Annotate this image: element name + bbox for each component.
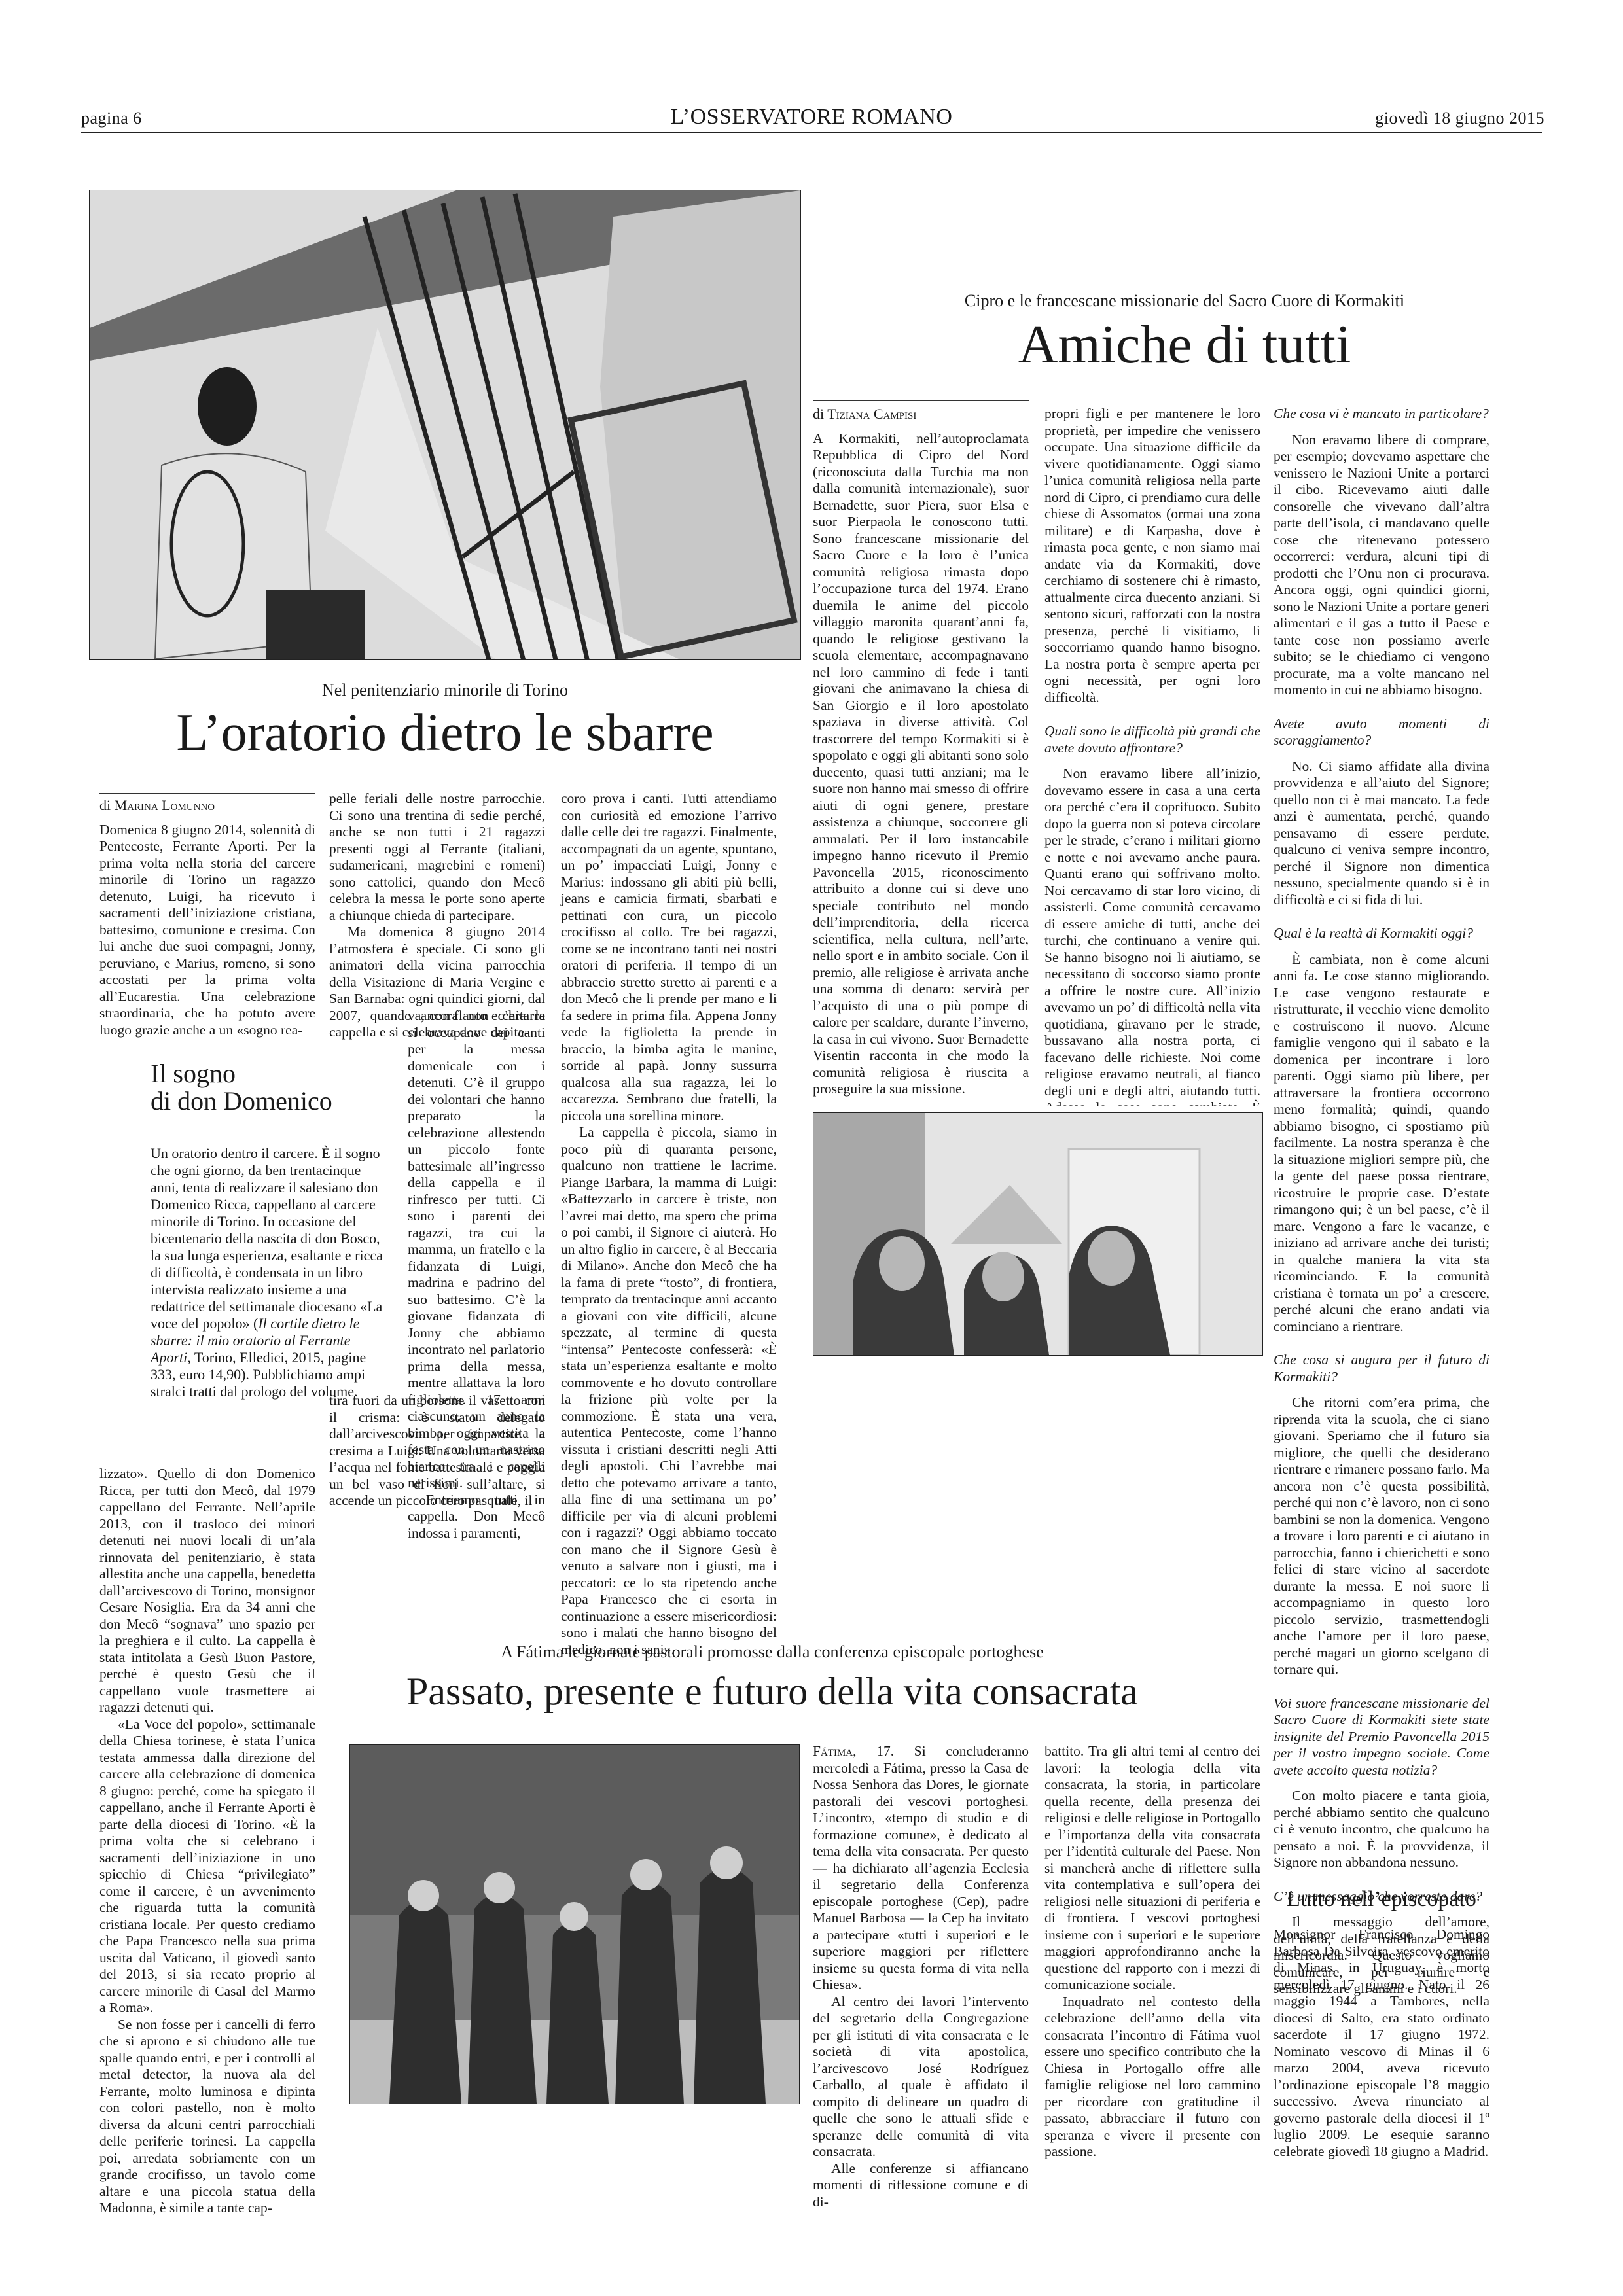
fatima-paragraph: Fátima, 17. Si concluderanno mercoledì a… (813, 1743, 1029, 1994)
torino-byline: di Marina Lomunno (99, 797, 315, 814)
sidebar-box: Il sogno di don Domenico Un oratorio den… (151, 1060, 386, 1400)
torino-column-2-bottom: tira fuori da un borsone il vasetto con … (329, 1392, 545, 1510)
torino-column-1-top: di Marina Lomunno Domenica 8 giugno 2014… (99, 797, 315, 1038)
cipro-kicker: Cipro e le francescane missionarie del S… (811, 291, 1558, 311)
cipro-byline-rule (813, 400, 1029, 401)
torino-byline-rule (99, 793, 315, 794)
torino-kicker: Nel penitenziario minorile di Torino (79, 680, 811, 700)
fatima-paragraph: Alle conferenze si affiancano momenti di… (813, 2161, 1029, 2211)
torino-headline: L’oratorio dietro le sbarre (79, 707, 811, 759)
nuns-scene-icon (813, 1113, 1262, 1355)
torino-paragraph: pelle feriali delle nostre parrocchie. C… (329, 790, 545, 924)
cipro-column-2: propri figli e per mantenere le loro pro… (1044, 406, 1260, 1106)
fatima-column-1: Fátima, 17. Si concluderanno mercoledì a… (813, 1743, 1029, 2210)
prison-scene-icon (90, 190, 800, 659)
cipro-answer: No. Ci siamo affidate alla divina provvi… (1274, 758, 1489, 909)
cipro-author: Tiziana Campisi (827, 406, 916, 422)
torino-column-1-bottom: lizzato». Quello di don Domenico Ricca, … (99, 1466, 315, 2217)
cipro-headline: Amiche di tutti (811, 317, 1558, 372)
cipro-answer: Con molto piacere e tanta gioia, perché … (1274, 1788, 1489, 1871)
cipro-question: Qual è la realtà di Kormakiti oggi? (1274, 925, 1489, 942)
lutto-headline: Lutto nell’episcopato (1274, 1887, 1489, 1912)
cipro-answer-continued: propri figli e per mantenere le loro pro… (1044, 406, 1260, 706)
fatima-paragraph: Al centro dei lavori l’intervento del se… (813, 1994, 1029, 2161)
torino-author: Marina Lomunno (115, 797, 215, 813)
photo-friars-group (349, 1744, 800, 2104)
cipro-question: Che cosa vi è mancato in particolare? (1274, 406, 1489, 423)
cipro-byline: di Tiziana Campisi (813, 406, 1029, 423)
torino-paragraph: La cappella è piccola, siamo in poco più… (561, 1124, 777, 1658)
cipro-paragraph: A Kormakiti, nell’autoproclamata Repubbl… (813, 431, 1029, 1098)
torino-column-2-top: pelle feriali delle nostre parrocchie. C… (329, 790, 545, 1041)
photo-prison-corridor (89, 190, 801, 660)
friars-scene-icon (350, 1745, 799, 2104)
torino-paragraph: lizzato». Quello di don Domenico Ricca, … (99, 1466, 315, 1716)
fatima-kicker: A Fátima le giornate pastorali promosse … (340, 1642, 1204, 1662)
lutto-paragraph: Monsignor Francisco Domingo Barbosa Da S… (1274, 1926, 1489, 2160)
fatima-dateline: Fátima (813, 1743, 853, 1759)
torino-paragraph: Domenica 8 giugno 2014, solennità di Pen… (99, 822, 315, 1039)
cipro-question: Voi suore francescane missionarie del Sa… (1274, 1695, 1489, 1779)
fatima-headline: Passato, presente e futuro della vita co… (340, 1672, 1204, 1711)
cipro-answer: Che ritorni com’era prima, che riprenda … (1274, 1394, 1489, 1678)
fatima-paragraph: battito. Tra gli altri temi al centro de… (1044, 1743, 1260, 1994)
cipro-column-3: Che cosa vi è mancato in particolare? No… (1274, 406, 1489, 1998)
sidebar-text: Un oratorio dentro il carcere. È il sogn… (151, 1145, 386, 1400)
fatima-paragraph: Inquadrato nel contesto della celebrazio… (1044, 1994, 1260, 2161)
lutto-text: Monsignor Francisco Domingo Barbosa Da S… (1274, 1926, 1489, 2160)
cipro-question: Avete avuto momenti di scoraggiamento? (1274, 716, 1489, 749)
header-rule (81, 132, 1542, 133)
torino-paragraph: Se non fosse per i cancelli di ferro che… (99, 2017, 315, 2217)
cipro-question: Quali sono le difficoltà più grandi che … (1044, 723, 1260, 756)
torino-paragraph: coro prova i canti. Tutti attendiamo con… (561, 790, 777, 1124)
cipro-answer: Non eravamo libere di comprare, per esem… (1274, 432, 1489, 699)
cipro-answer: È cambiata, non è come alcuni anni fa. L… (1274, 951, 1489, 1335)
torino-paragraph: tira fuori da un borsone il vasetto con … (329, 1392, 545, 1510)
issue-date: giovedì 18 giugno 2015 (1375, 109, 1544, 128)
torino-column-3: coro prova i canti. Tutti attendiamo con… (561, 790, 777, 1658)
fatima-column-2: battito. Tra gli altri temi al centro de… (1044, 1743, 1260, 2161)
cipro-question: Che cosa si augura per il futuro di Korm… (1274, 1352, 1489, 1385)
photo-three-nuns (813, 1112, 1263, 1356)
torino-paragraph: «La Voce del popolo», settimanale della … (99, 1716, 315, 2017)
sidebar-title: Il sogno di don Domenico (151, 1060, 386, 1115)
cipro-answer: Non eravamo libere all’inizio, dovevamo … (1044, 766, 1260, 1106)
